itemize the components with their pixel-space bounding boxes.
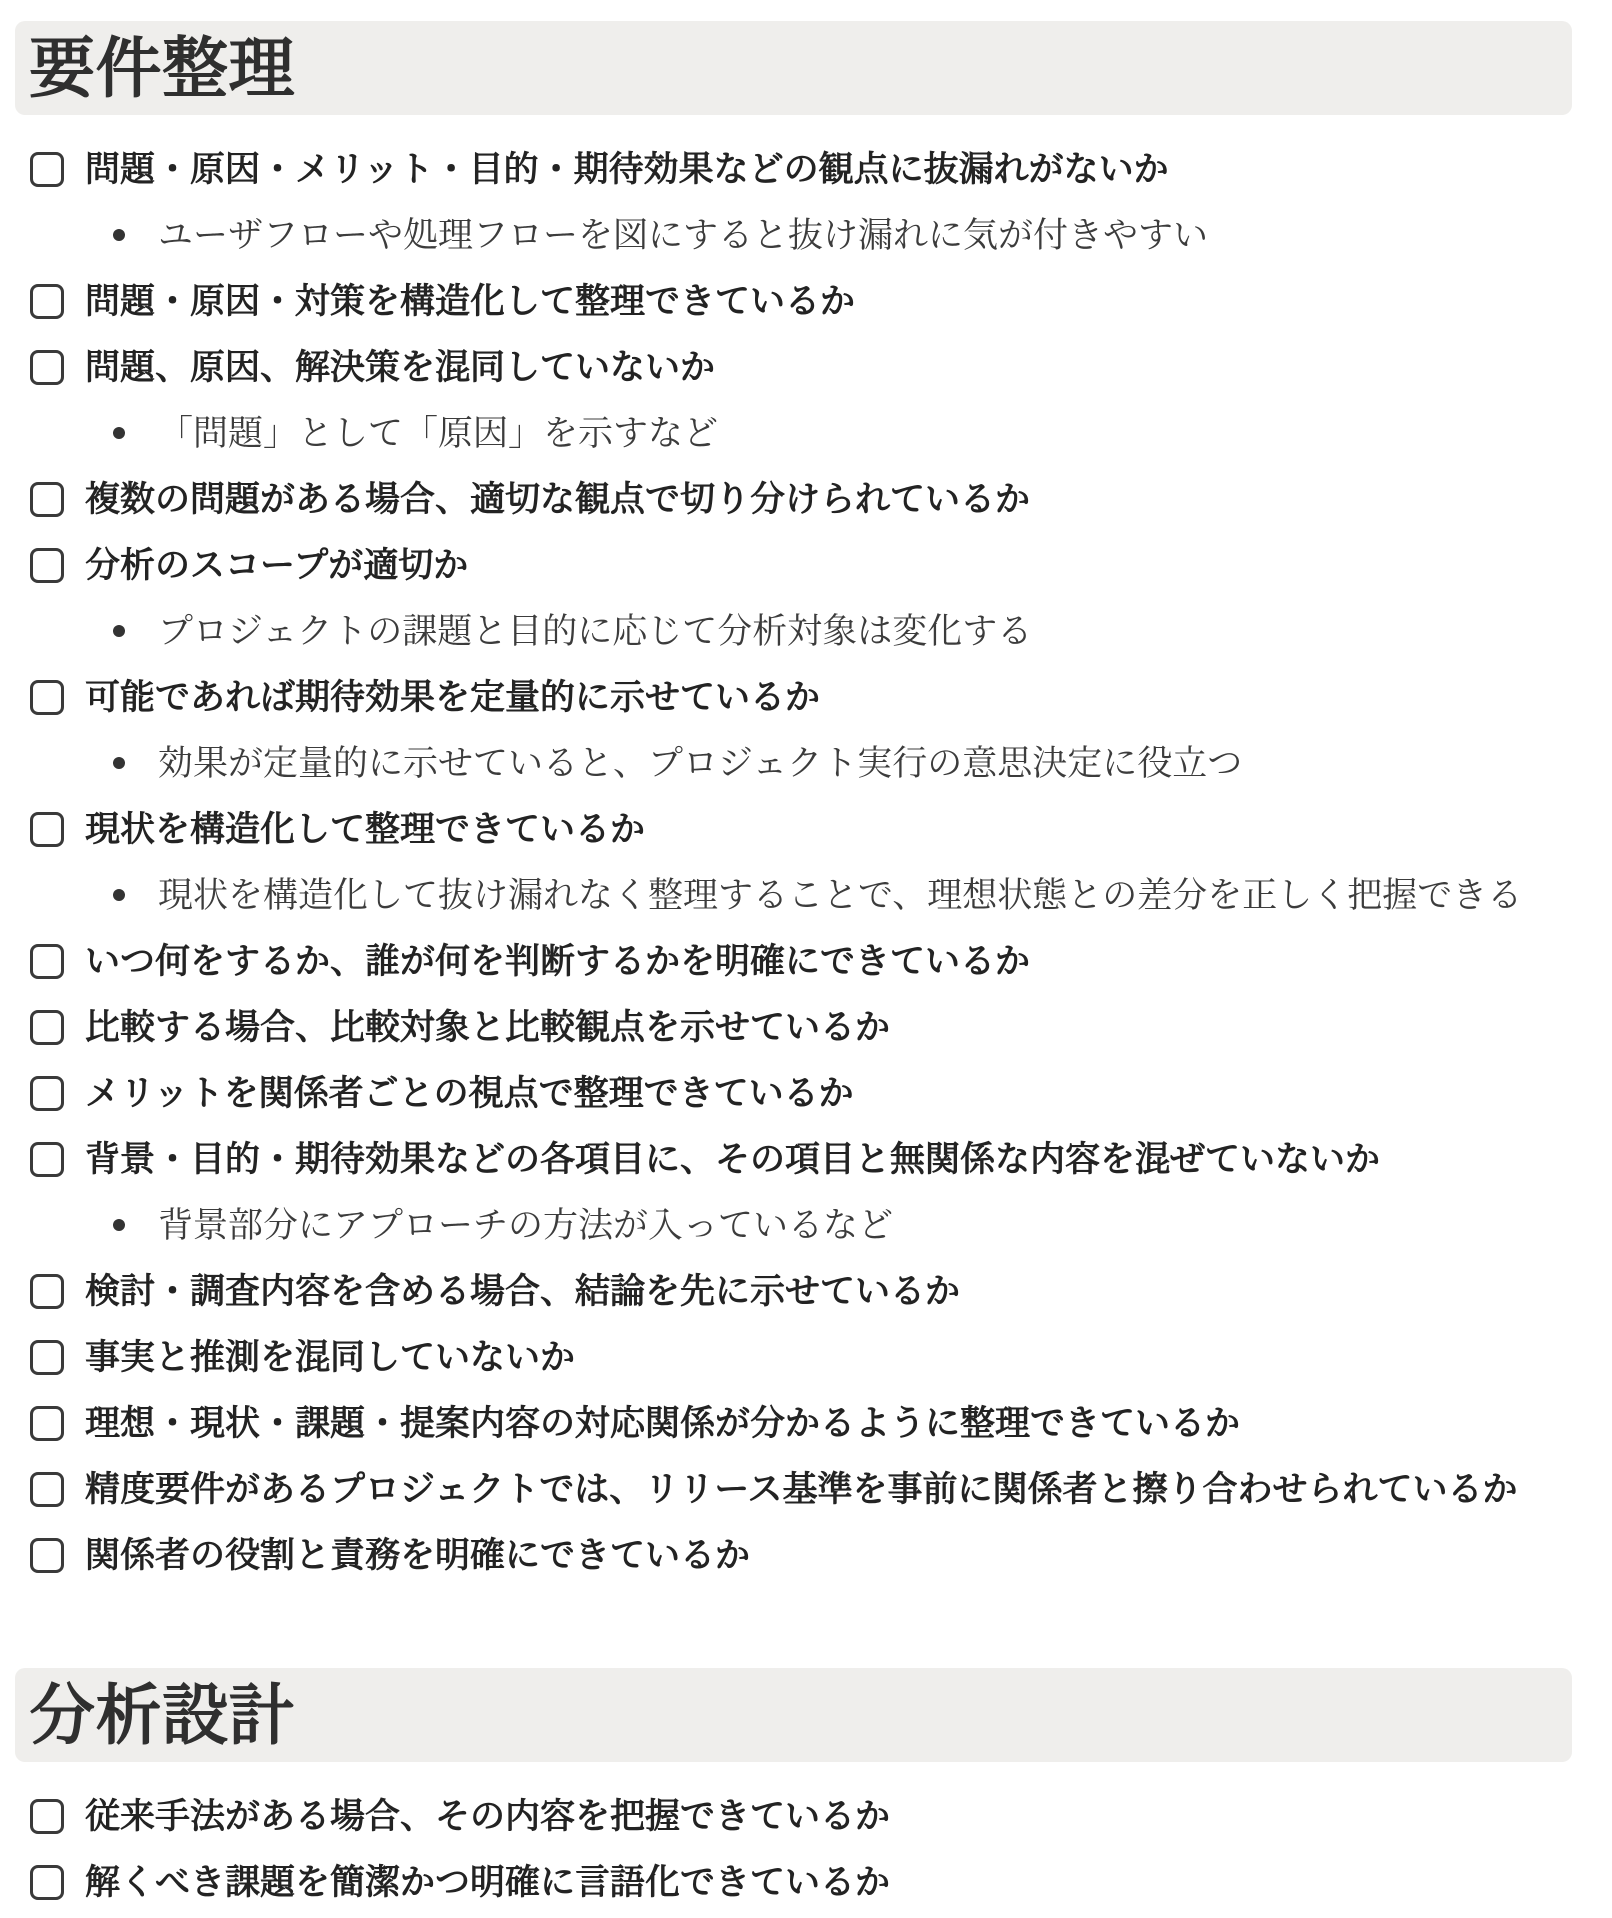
todo-item-label: 解くべき課題を簡潔かつ明確に言語化できているか — [85, 1865, 890, 1900]
todo-item-label: 可能であれば期待効果を定量的に示せているか — [85, 680, 820, 715]
checkbox-unchecked-icon[interactable] — [30, 1406, 64, 1441]
bullet-icon — [113, 1219, 125, 1231]
checkbox-unchecked-icon[interactable] — [30, 1076, 64, 1111]
bullet-icon — [113, 427, 125, 439]
checkbox-unchecked-icon[interactable] — [30, 1274, 64, 1309]
checkbox-unchecked-icon[interactable] — [30, 482, 64, 517]
checklist-section: 要件整理 問題・原因・メリット・目的・期待効果などの観点に抜漏れがないか ユーザ… — [0, 21, 1612, 1588]
todo-item-label: 理想・現状・課題・提案内容の対応関係が分かるように整理できているか — [85, 1406, 1240, 1441]
checklist-section: 分析設計 従来手法がある場合、その内容を把握できているか 解くべき課題を簡潔かつ… — [0, 1668, 1612, 1915]
todo-item-label: 従来手法がある場合、その内容を把握できているか — [85, 1799, 890, 1834]
todo-item-label: 背景・目的・期待効果などの各項目に、その項目と無関係な内容を混ぜていないか — [85, 1142, 1380, 1177]
section-title: 分析設計 — [15, 1668, 1572, 1762]
checkbox-unchecked-icon[interactable] — [30, 284, 64, 319]
bullet-note-row: 効果が定量的に示せていると、プロジェクト実行の意思決定に役立つ — [0, 730, 1612, 796]
sections-container: 要件整理 問題・原因・メリット・目的・期待効果などの観点に抜漏れがないか ユーザ… — [0, 21, 1612, 1915]
section-items: 従来手法がある場合、その内容を把握できているか 解くべき課題を簡潔かつ明確に言語… — [0, 1783, 1612, 1915]
bullet-note-label: ユーザフローや処理フローを図にすると抜け漏れに気が付きやすい — [158, 218, 1208, 253]
todo-item-row: 事実と推測を混同していないか — [0, 1324, 1612, 1390]
todo-item-row: 比較する場合、比較対象と比較観点を示せているか — [0, 994, 1612, 1060]
checkbox-unchecked-icon[interactable] — [30, 1340, 64, 1375]
todo-item-row: メリットを関係者ごとの視点で整理できているか — [0, 1060, 1612, 1126]
bullet-note-label: 効果が定量的に示せていると、プロジェクト実行の意思決定に役立つ — [158, 746, 1242, 781]
todo-item-label: 検討・調査内容を含める場合、結論を先に示せているか — [85, 1274, 960, 1309]
todo-item-row: 可能であれば期待効果を定量的に示せているか — [0, 664, 1612, 730]
todo-item-row: 検討・調査内容を含める場合、結論を先に示せているか — [0, 1258, 1612, 1324]
todo-item-row: 複数の問題がある場合、適切な観点で切り分けられているか — [0, 466, 1612, 532]
todo-item-label: 問題・原因・メリット・目的・期待効果などの観点に抜漏れがないか — [85, 152, 1169, 187]
todo-item-label: 問題、原因、解決策を混同していないか — [85, 350, 715, 385]
checkbox-unchecked-icon[interactable] — [30, 548, 64, 583]
todo-item-row: 問題、原因、解決策を混同していないか — [0, 334, 1612, 400]
section-items: 問題・原因・メリット・目的・期待効果などの観点に抜漏れがないか ユーザフローや処… — [0, 136, 1612, 1588]
section-title: 要件整理 — [15, 21, 1572, 115]
checkbox-unchecked-icon[interactable] — [30, 680, 64, 715]
todo-item-label: 比較する場合、比較対象と比較観点を示せているか — [85, 1010, 890, 1045]
todo-item-row: 現状を構造化して整理できているか — [0, 796, 1612, 862]
todo-item-row: いつ何をするか、誰が何を判断するかを明確にできているか — [0, 928, 1612, 994]
checkbox-unchecked-icon[interactable] — [30, 944, 64, 979]
checkbox-unchecked-icon[interactable] — [30, 1865, 64, 1900]
todo-item-row: 分析のスコープが適切か — [0, 532, 1612, 598]
todo-item-label: 複数の問題がある場合、適切な観点で切り分けられているか — [85, 482, 1030, 517]
bullet-icon — [113, 757, 125, 769]
checkbox-unchecked-icon[interactable] — [30, 1142, 64, 1177]
bullet-icon — [113, 229, 125, 241]
todo-item-label: 現状を構造化して整理できているか — [85, 812, 645, 847]
todo-item-row: 理想・現状・課題・提案内容の対応関係が分かるように整理できているか — [0, 1390, 1612, 1456]
checkbox-unchecked-icon[interactable] — [30, 812, 64, 847]
checkbox-unchecked-icon[interactable] — [30, 1538, 64, 1573]
todo-item-row: 問題・原因・メリット・目的・期待効果などの観点に抜漏れがないか — [0, 136, 1612, 202]
todo-item-label: メリットを関係者ごとの視点で整理できているか — [85, 1076, 854, 1111]
todo-item-row: 背景・目的・期待効果などの各項目に、その項目と無関係な内容を混ぜていないか — [0, 1126, 1612, 1192]
todo-item-label: 分析のスコープが適切か — [85, 548, 468, 583]
bullet-note-label: プロジェクトの課題と目的に応じて分析対象は変化する — [158, 614, 1032, 649]
todo-item-label: 事実と推測を混同していないか — [85, 1340, 575, 1375]
bullet-note-row: 現状を構造化して抜け漏れなく整理することで、理想状態との差分を正しく把握できる — [0, 862, 1612, 928]
bullet-note-label: 背景部分にアプローチの方法が入っているなど — [158, 1208, 893, 1243]
checkbox-unchecked-icon[interactable] — [30, 1010, 64, 1045]
checklist-page: 要件整理 問題・原因・メリット・目的・期待効果などの観点に抜漏れがないか ユーザ… — [0, 0, 1612, 1918]
bullet-note-row: ユーザフローや処理フローを図にすると抜け漏れに気が付きやすい — [0, 202, 1612, 268]
bullet-icon — [113, 625, 125, 637]
bullet-icon — [113, 889, 125, 901]
todo-item-label: 関係者の役割と責務を明確にできているか — [85, 1538, 750, 1573]
bullet-note-row: 「問題」として「原因」を示すなど — [0, 400, 1612, 466]
todo-item-row: 従来手法がある場合、その内容を把握できているか — [0, 1783, 1612, 1849]
checkbox-unchecked-icon[interactable] — [30, 350, 64, 385]
bullet-note-row: プロジェクトの課題と目的に応じて分析対象は変化する — [0, 598, 1612, 664]
todo-item-row: 解くべき課題を簡潔かつ明確に言語化できているか — [0, 1849, 1612, 1915]
checkbox-unchecked-icon[interactable] — [30, 1472, 64, 1507]
todo-item-label: いつ何をするか、誰が何を判断するかを明確にできているか — [85, 944, 1030, 979]
todo-item-label: 精度要件があるプロジェクトでは、リリース基準を事前に関係者と擦り合わせられている… — [85, 1472, 1518, 1507]
todo-item-row: 問題・原因・対策を構造化して整理できているか — [0, 268, 1612, 334]
todo-item-label: 問題・原因・対策を構造化して整理できているか — [85, 284, 855, 319]
todo-item-row: 関係者の役割と責務を明確にできているか — [0, 1522, 1612, 1588]
todo-item-row: 精度要件があるプロジェクトでは、リリース基準を事前に関係者と擦り合わせられている… — [0, 1456, 1612, 1522]
bullet-note-label: 「問題」として「原因」を示すなど — [158, 416, 718, 451]
bullet-note-label: 現状を構造化して抜け漏れなく整理することで、理想状態との差分を正しく把握できる — [158, 878, 1522, 913]
bullet-note-row: 背景部分にアプローチの方法が入っているなど — [0, 1192, 1612, 1258]
checkbox-unchecked-icon[interactable] — [30, 1799, 64, 1834]
checkbox-unchecked-icon[interactable] — [30, 152, 64, 187]
